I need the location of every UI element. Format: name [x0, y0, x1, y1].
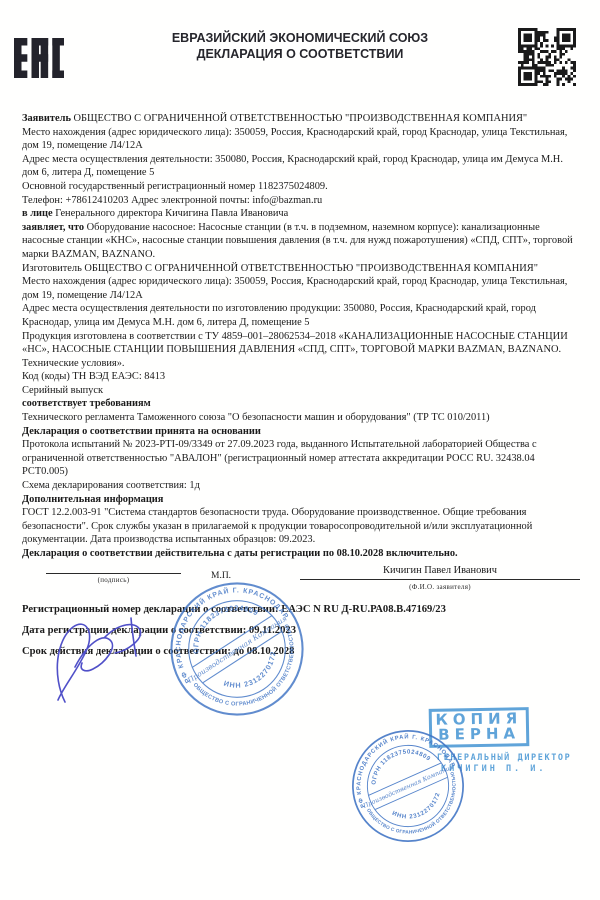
applicant-activity-address: Адрес места осуществления деятельности: …	[22, 153, 580, 180]
contacts-line: Телефон: +78612410203 Адрес электронной …	[22, 194, 580, 208]
qr-code-icon	[518, 28, 576, 86]
basis-heading: Декларация о соответствии принята на осн…	[22, 425, 580, 439]
gost-line: ГОСТ 12.2.003-91 "Система стандартов без…	[22, 506, 580, 547]
eac-mark-icon	[14, 34, 64, 82]
conforms-heading: соответствует требованиям	[22, 397, 580, 411]
copy-stamp-line2: ВЕРНА	[432, 726, 526, 743]
fio-area: Кичигин Павел Иванович (Ф.И.О. заявителя…	[300, 564, 580, 595]
document-header: ЕВРАЗИЙСКИЙ ЭКОНОМИЧЕСКИЙ СОЮЗ ДЕКЛАРАЦИ…	[90, 31, 510, 62]
registration-block: Регистрационный номер декларации о соотв…	[22, 599, 580, 662]
registration-number-line: Регистрационный номер декларации о соотв…	[22, 599, 580, 620]
ogrn-line: Основной государственный регистрационный…	[22, 180, 580, 194]
fio-caption: (Ф.И.О. заявителя)	[300, 581, 580, 595]
svg-text:ИНН 2312270172: ИНН 2312270172	[389, 789, 447, 829]
svg-text:ОБЩЕСТВО С ОГРАНИЧЕННОЙ ОТВЕТС: ОБЩЕСТВО С ОГРАНИЧЕННОЙ ОТВЕТСТВЕННОСТЬЮ	[365, 770, 474, 851]
signature-area: (подпись)	[46, 564, 181, 588]
declaration-document: ЕВРАЗИЙСКИЙ ЭКОНОМИЧЕСКИЙ СОЮЗ ДЕКЛАРАЦИ…	[0, 0, 600, 900]
applicant-address: Место нахождения (адрес юридического лиц…	[22, 126, 580, 153]
copy-verna-stamp: КОПИЯ ВЕРНА	[429, 707, 530, 748]
protocol-line: Протокола испытаний № 2023-РТI-09/3349 о…	[22, 438, 580, 479]
represented-by-line: в лице Генерального директора Кичигина П…	[22, 207, 580, 221]
declares-line: заявляет, что Оборудование насосное: Нас…	[22, 221, 580, 262]
applicant-fio: Кичигин Павел Иванович	[300, 564, 580, 578]
signature-row: (подпись) М.П. Кичигин Павел Иванович (Ф…	[22, 564, 580, 594]
validity-statement: Декларация о соответствии действительна …	[22, 547, 580, 561]
tnved-code-line: Код (коды) ТН ВЭД ЕАЭС: 8413	[22, 370, 580, 384]
registration-date-line: Дата регистрации декларации о соответств…	[22, 620, 580, 641]
manufacturing-address: Адрес места осуществления деятельности п…	[22, 302, 580, 329]
union-name: ЕВРАЗИЙСКИЙ ЭКОНОМИЧЕСКИЙ СОЮЗ	[90, 31, 510, 47]
regulation-line: Технического регламента Таможенного союз…	[22, 411, 580, 425]
director-stamp-name: КИЧИГИН П. И.	[441, 764, 571, 775]
additional-info-heading: Дополнительная информация	[22, 493, 580, 507]
scheme-line: Схема декларирования соответствия: 1д	[22, 479, 580, 493]
svg-text:ОГРН 1182375024809: ОГРН 1182375024809	[362, 738, 433, 788]
fio-line	[300, 577, 580, 580]
tu-line: Продукция изготовлена в соответствии с Т…	[22, 330, 580, 371]
registration-validity-line: Срок действия декларации о соответствии:…	[22, 641, 580, 662]
seal-place-label: М.П.	[211, 564, 231, 584]
manufacturer-line: Изготовитель ОБЩЕСТВО С ОГРАНИЧЕННОЙ ОТВ…	[22, 262, 580, 276]
manufacturer-address: Место нахождения (адрес юридического лиц…	[22, 275, 580, 302]
director-stamp: ГЕНЕРАЛЬНЫЙ ДИРЕКТОР КИЧИГИН П. И.	[437, 753, 571, 775]
serial-line: Серийный выпуск	[22, 384, 580, 398]
signature-caption: (подпись)	[46, 574, 181, 588]
document-body: Заявитель ОБЩЕСТВО С ОГРАНИЧЕННОЙ ОТВЕТС…	[22, 112, 580, 662]
page-title: ДЕКЛАРАЦИЯ О СООТВЕТСТВИИ	[90, 47, 510, 63]
applicant-line: Заявитель ОБЩЕСТВО С ОГРАНИЧЕННОЙ ОТВЕТС…	[22, 112, 580, 126]
director-stamp-title: ГЕНЕРАЛЬНЫЙ ДИРЕКТОР	[437, 753, 571, 764]
